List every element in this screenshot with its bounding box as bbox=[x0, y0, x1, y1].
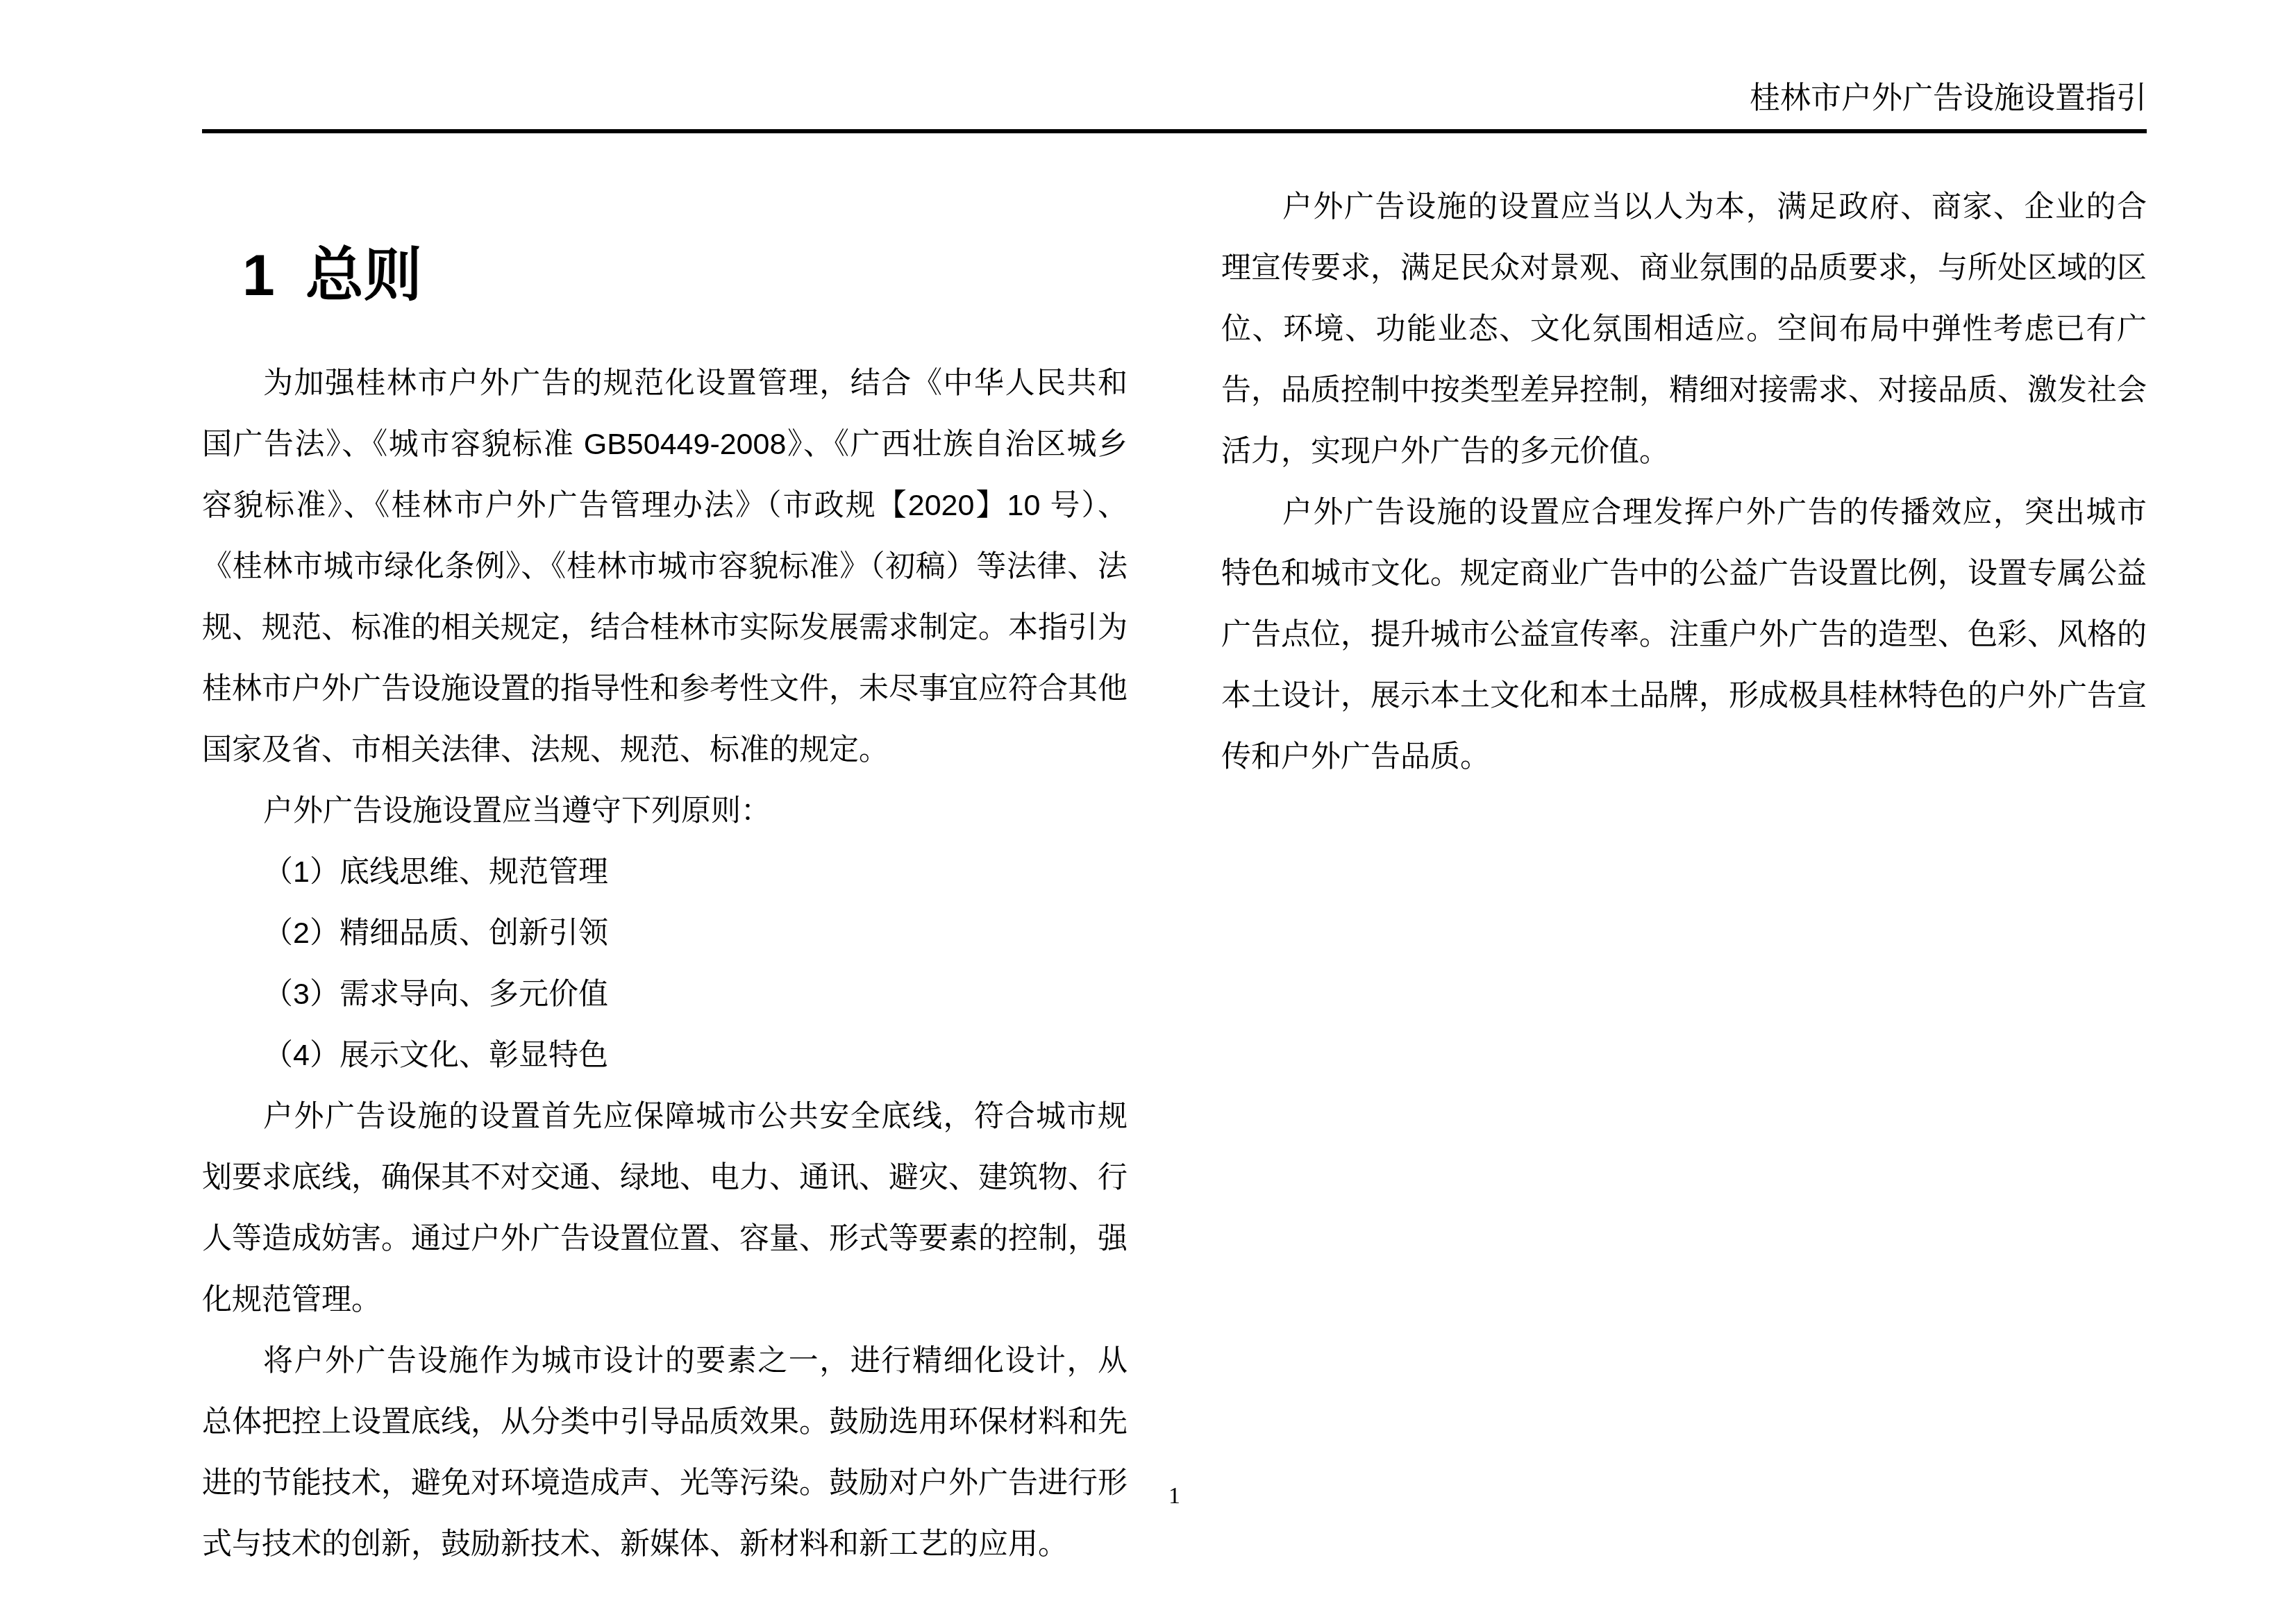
paragraph: 将户外广告设施作为城市设计的要素之一，进行精细化设计，从总体把控上设置底线，从分… bbox=[202, 1330, 1128, 1575]
left-column: 1总则 为加强桂林市户外广告的规范化设置管理，结合《中华人民共和国广告法》、《城… bbox=[202, 176, 1128, 1575]
right-column-paragraphs: 户外广告设施的设置应当以人为本，满足政府、商家、企业的合理宣传要求，满足民众对景… bbox=[1221, 176, 2147, 787]
paragraph: 户外广告设施的设置应当以人为本，满足政府、商家、企业的合理宣传要求，满足民众对景… bbox=[1221, 176, 2147, 482]
paragraph: （2）精细品质、创新引领 bbox=[202, 903, 1128, 964]
header-title: 桂林市户外广告设施设置指引 bbox=[202, 81, 2147, 117]
paragraph: 户外广告设施设置应当遵守下列原则： bbox=[202, 780, 1128, 842]
paragraph: 户外广告设施的设置应合理发挥户外广告的传播效应，突出城市特色和城市文化。规定商业… bbox=[1221, 482, 2147, 787]
header-rule bbox=[202, 129, 2147, 133]
document-page: 桂林市户外广告设施设置指引 1总则 为加强桂林市户外广告的规范化设置管理，结合《… bbox=[0, 0, 2296, 1624]
right-column: 户外广告设施的设置应当以人为本，满足政府、商家、企业的合理宣传要求，满足民众对景… bbox=[1221, 176, 2147, 1575]
paragraph: （4）展示文化、彰显特色 bbox=[202, 1025, 1128, 1086]
paragraph: 为加强桂林市户外广告的规范化设置管理，结合《中华人民共和国广告法》、《城市容貌标… bbox=[202, 353, 1128, 780]
left-column-paragraphs: 为加强桂林市户外广告的规范化设置管理，结合《中华人民共和国广告法》、《城市容貌标… bbox=[202, 353, 1128, 1575]
page-number: 1 bbox=[202, 1483, 2147, 1509]
paragraph: 户外广告设施的设置首先应保障城市公共安全底线，符合城市规划要求底线，确保其不对交… bbox=[202, 1086, 1128, 1330]
section-heading: 1总则 bbox=[242, 246, 1128, 304]
section-number: 1 bbox=[242, 242, 275, 308]
paragraph: （3）需求导向、多元价值 bbox=[202, 964, 1128, 1025]
section-title: 总则 bbox=[305, 242, 422, 308]
two-column-layout: 1总则 为加强桂林市户外广告的规范化设置管理，结合《中华人民共和国广告法》、《城… bbox=[202, 176, 2147, 1575]
paragraph: （1）底线思维、规范管理 bbox=[202, 842, 1128, 903]
